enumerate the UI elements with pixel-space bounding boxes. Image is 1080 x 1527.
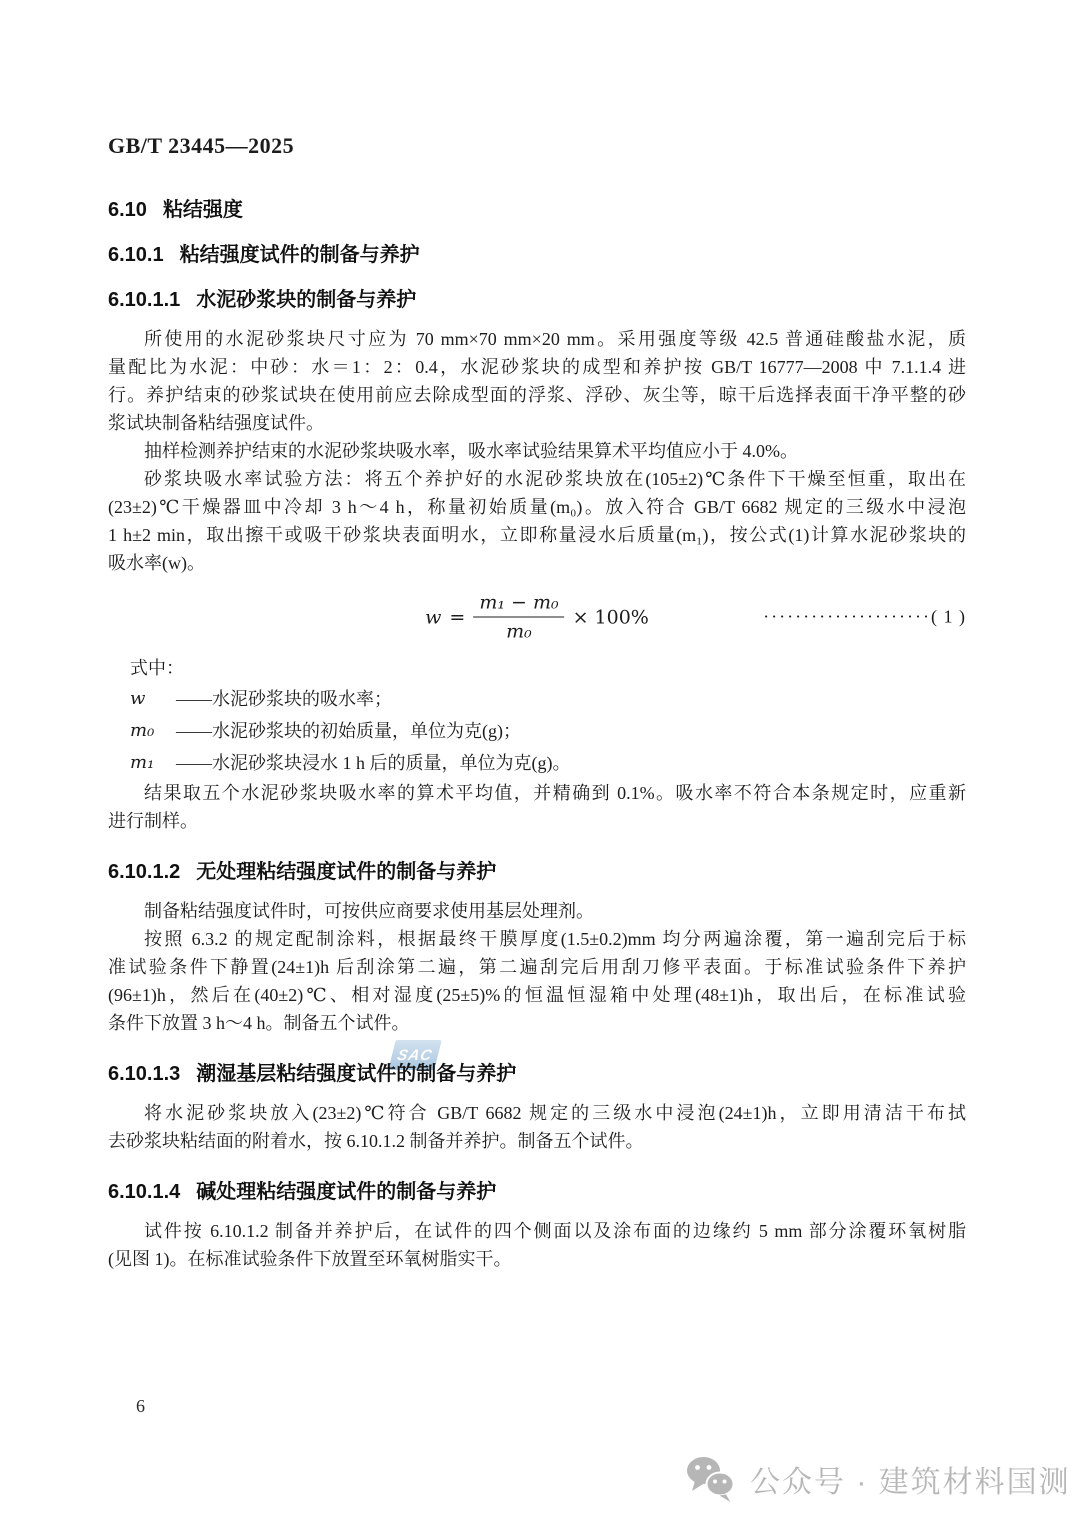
text-line: (96±1)h，然后在(40±2)℃、相对湿度(25±5)%的恒温恒湿箱中处理(… [108, 981, 966, 1009]
text-line: (23±2)℃干燥器皿中冷却 3 h～4 h，称量初始质量(m₀)。放入符合 G… [108, 493, 966, 521]
text-line: 制备粘结强度试件时，可按供应商要求使用基层处理剂。 [108, 897, 966, 925]
wechat-account-label: 公众号 · 建筑材料国测 [750, 1457, 1071, 1501]
text-line: 按照 6.3.2 的规定配制涂料，根据最终干膜厚度(1.5±0.2)mm 均分两… [108, 925, 966, 953]
formula-factor: × 100% [573, 606, 649, 628]
fraction-numerator: m₁ − m₀ [473, 592, 564, 618]
text-line: 进行制样。 [108, 807, 966, 835]
standard-number-header: GB/T 23445—2025 [108, 133, 966, 159]
where-intro: 式中： [108, 653, 966, 683]
text-line: 行。养护结束的砂浆试块在使用前应去除成型面的浮浆、浮砂、灰尘等，晾干后选择表面干… [108, 381, 966, 409]
document-page: SAC GB/T 23445—2025 6.10粘结强度 6.10.1粘结强度试… [0, 0, 1080, 1527]
heading-title: 粘结强度 [163, 199, 243, 221]
heading-6-10-1-3: 6.10.1.3潮湿基层粘结强度试件的制备与养护 [108, 1061, 966, 1087]
equation-1-row: w = m₁ − m₀ m₀ × 100% ··················… [108, 587, 966, 647]
equation-number: ·····················( 1 ) [763, 607, 966, 628]
wechat-account-watermark: 公众号 · 建筑材料国测 [686, 1455, 1071, 1503]
symbol-definition-m1: m₁ ——水泥砂浆块浸水 1 h 后的质量，单位为克(g)。 [108, 747, 966, 779]
heading-6-10-1-4: 6.10.1.4碱处理粘结强度试件的制备与养护 [108, 1179, 966, 1205]
equation-label: ( 1 ) [931, 607, 966, 627]
heading-number: 6.10.1 [108, 244, 164, 266]
paragraph-mortar-block: 所使用的水泥砂浆块尺寸应为 70 mm×70 mm×20 mm。采用强度等级 4… [108, 325, 966, 437]
symbol: m₁ [130, 747, 176, 779]
paragraph-sampling: 抽样检测养护结束的水泥砂浆块吸水率，吸水率试验结果算术平均值应小于 4.0%。 [108, 437, 966, 465]
paragraph-absorption-method: 砂浆块吸水率试验方法：将五个养护好的水泥砂浆块放在(105±2)℃条件下干燥至恒… [108, 465, 966, 577]
heading-6-10-1-2: 6.10.1.2无处理粘结强度试件的制备与养护 [108, 859, 966, 885]
symbol-description: ——水泥砂浆块的初始质量，单位为克(g)； [176, 715, 966, 747]
text-line: 去砂浆块粘结面的附着水，按 6.10.1.2 制备并养护。制备五个试件。 [108, 1127, 966, 1155]
heading-6-10: 6.10粘结强度 [108, 197, 966, 223]
absorption-formula: w = m₁ − m₀ m₀ × 100% [425, 592, 649, 643]
formula-equals: = [449, 606, 465, 628]
symbol-description: ——水泥砂浆块浸水 1 h 后的质量，单位为克(g)。 [176, 747, 966, 779]
text-line: 1 h±2 min，取出擦干或吸干砂浆块表面明水，立即称量浸水后质量(m₁)，按… [108, 521, 966, 549]
text-line: 抽样检测养护结束的水泥砂浆块吸水率，吸水率试验结果算术平均值应小于 4.0%。 [108, 437, 966, 465]
text-line: (见图 1)。在标准试验条件下放置至环氧树脂实干。 [108, 1245, 966, 1273]
text-line: 浆试块制备粘结强度试件。 [108, 409, 966, 437]
paragraph-result: 结果取五个水泥砂浆块吸水率的算术平均值，并精确到 0.1%。吸水率不符合本条规定… [108, 779, 966, 835]
symbol-definition-m0: m₀ ——水泥砂浆块的初始质量，单位为克(g)； [108, 715, 966, 747]
heading-title: 碱处理粘结强度试件的制备与养护 [196, 1181, 496, 1203]
heading-title: 潮湿基层粘结强度试件的制备与养护 [196, 1063, 516, 1085]
text-line: 条件下放置 3 h～4 h。制备五个试件。 [108, 1009, 966, 1037]
page-content: GB/T 23445—2025 6.10粘结强度 6.10.1粘结强度试件的制备… [108, 133, 966, 1273]
text-line: 量配比为水泥：中砂：水＝1：2：0.4，水泥砂浆块的成型和养护按 GB/T 16… [108, 353, 966, 381]
symbol-definition-w: w ——水泥砂浆块的吸水率； [108, 683, 966, 715]
paragraph-untreated-prep: 按照 6.3.2 的规定配制涂料，根据最终干膜厚度(1.5±0.2)mm 均分两… [108, 925, 966, 1037]
text-line: 结果取五个水泥砂浆块吸水率的算术平均值，并精确到 0.1%。吸水率不符合本条规定… [108, 779, 966, 807]
heading-title: 粘结强度试件的制备与养护 [180, 244, 420, 266]
formula-fraction: m₁ − m₀ m₀ [473, 592, 564, 643]
heading-number: 6.10.1.3 [108, 1063, 180, 1085]
heading-number: 6.10.1.2 [108, 861, 180, 883]
heading-6-10-1: 6.10.1粘结强度试件的制备与养护 [108, 242, 966, 268]
heading-number: 6.10.1.1 [108, 289, 180, 311]
text-line: 试件按 6.10.1.2 制备并养护后，在试件的四个侧面以及涂布面的边缘约 5 … [108, 1217, 966, 1245]
heading-title: 水泥砂浆块的制备与养护 [196, 289, 416, 311]
heading-6-10-1-1: 6.10.1.1水泥砂浆块的制备与养护 [108, 287, 966, 313]
wechat-icon [686, 1455, 736, 1503]
text-line: 砂浆块吸水率试验方法：将五个养护好的水泥砂浆块放在(105±2)℃条件下干燥至恒… [108, 465, 966, 493]
heading-number: 6.10 [108, 199, 147, 221]
leader-dots: ····················· [763, 607, 931, 627]
symbol-description: ——水泥砂浆块的吸水率； [176, 683, 966, 715]
heading-number: 6.10.1.4 [108, 1181, 180, 1203]
fraction-denominator: m₀ [473, 618, 564, 643]
page-number: 6 [136, 1396, 145, 1417]
text-line: 准试验条件下静置(24±1)h 后刮涂第二遍，第二遍刮完后用刮刀修平表面。于标准… [108, 953, 966, 981]
text-line: 将水泥砂浆块放入(23±2)℃符合 GB/T 6682 规定的三级水中浸泡(24… [108, 1099, 966, 1127]
paragraph-alkali-treated: 试件按 6.10.1.2 制备并养护后，在试件的四个侧面以及涂布面的边缘约 5 … [108, 1217, 966, 1273]
symbol: m₀ [130, 715, 176, 747]
paragraph-wet-substrate: 将水泥砂浆块放入(23±2)℃符合 GB/T 6682 规定的三级水中浸泡(24… [108, 1099, 966, 1155]
paragraph-primer: 制备粘结强度试件时，可按供应商要求使用基层处理剂。 [108, 897, 966, 925]
heading-title: 无处理粘结强度试件的制备与养护 [196, 861, 496, 883]
text-line: 所使用的水泥砂浆块尺寸应为 70 mm×70 mm×20 mm。采用强度等级 4… [108, 325, 966, 353]
formula-lhs: w [425, 606, 441, 628]
text-line: 吸水率(w)。 [108, 549, 966, 577]
symbol: w [130, 683, 176, 715]
